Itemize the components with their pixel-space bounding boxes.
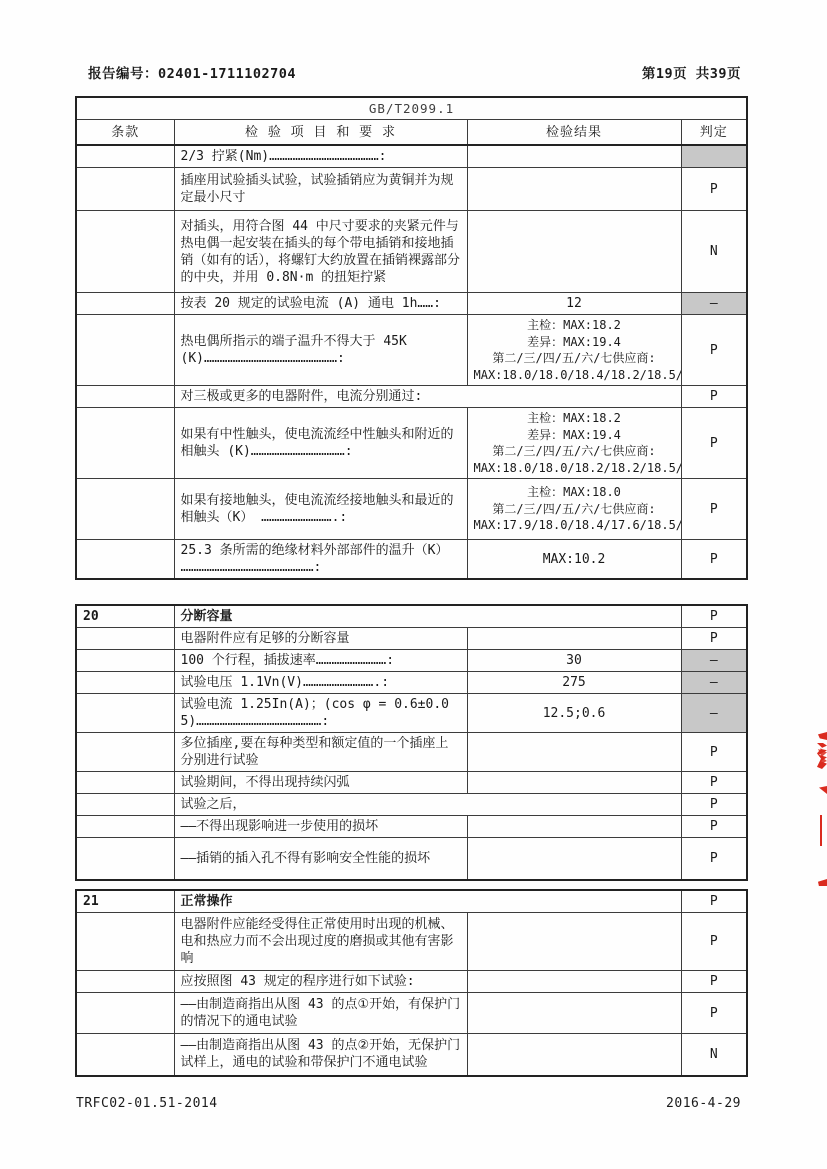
verdict-cell: P xyxy=(681,605,747,628)
verdict-cell: P xyxy=(681,540,747,580)
clause-cell xyxy=(76,628,174,650)
table-row: 25.3 条所需的绝缘材料外部部件的温升（K） …………………………………………… xyxy=(76,540,747,580)
item-cell: 试验之后， xyxy=(174,794,681,816)
item-cell: ——不得出现影响进一步使用的损坏 xyxy=(174,816,467,838)
clause-cell xyxy=(76,408,174,479)
table-row: 电器附件应有足够的分断容量P xyxy=(76,628,747,650)
result-cell: 主检：MAX:18.2差异：MAX:19.4第二/三/四/五/六/七供应商:MA… xyxy=(467,408,681,479)
result-cell xyxy=(467,1034,681,1076)
verdict-cell: P xyxy=(681,315,747,386)
item-cell: 对三极或更多的电器附件，电流分别通过: xyxy=(174,386,681,408)
page-header: 报告编号：02401-1711102704 第19页 共39页 xyxy=(88,62,741,82)
result-cell: MAX:10.2 xyxy=(467,540,681,580)
table-row: 按表 20 规定的试验电流 (A) 通电 1h……:12— xyxy=(76,293,747,315)
result-line: MAX:17.9/18.0/18.4/17.6/18.5/17.4 xyxy=(474,517,675,534)
table-row: 电器附件应能经受得住正常使用时出现的机械、电和热应力而不会出现过度的磨损或其他有… xyxy=(76,913,747,971)
item-cell: 2/3 拧紧(Nm)……………………………………: xyxy=(174,145,467,168)
item-cell: 热电偶所指示的端子温升不得大于 45K(K)……………………………………………: xyxy=(174,315,467,386)
clause-cell xyxy=(76,386,174,408)
item-cell: 25.3 条所需的绝缘材料外部部件的温升（K） …………………………………………… xyxy=(174,540,467,580)
clause-cell xyxy=(76,650,174,672)
table-row: ——不得出现影响进一步使用的损坏P xyxy=(76,816,747,838)
red-stamp-fragment xyxy=(819,786,827,794)
clause-cell: 20 xyxy=(76,605,174,628)
item-cell: 应按照图 43 规定的程序进行如下试验: xyxy=(174,971,467,993)
result-cell xyxy=(467,145,681,168)
item-cell: 多位插座,要在每种类型和额定值的一个插座上分别进行试验 xyxy=(174,733,467,772)
report-number: 报告编号：02401-1711102704 xyxy=(88,62,296,82)
clause-cell xyxy=(76,838,174,880)
result-line: 第二/三/四/五/六/七供应商: xyxy=(474,350,675,367)
table-row: 2/3 拧紧(Nm)……………………………………: xyxy=(76,145,747,168)
result-cell: 30 xyxy=(467,650,681,672)
result-line: 差异：MAX:19.4 xyxy=(474,427,675,444)
item-cell: 试验电流 1.25In(A)；(cos φ = 0.6±0.05)…………………… xyxy=(174,694,467,733)
result-line: 第二/三/四/五/六/七供应商: xyxy=(474,501,675,518)
verdict-cell: P xyxy=(681,794,747,816)
clause-cell xyxy=(76,211,174,293)
result-cell xyxy=(467,733,681,772)
clause-cell xyxy=(76,540,174,580)
clause-cell xyxy=(76,993,174,1034)
result-cell: 12 xyxy=(467,293,681,315)
report-table: GB/T2099.1条款检 验 项 目 和 要 求检验结果判定2/3 拧紧(Nm… xyxy=(75,96,748,580)
result-cell xyxy=(467,971,681,993)
verdict-cell: — xyxy=(681,293,747,315)
verdict-cell: P xyxy=(681,993,747,1034)
page-number: 第19页 共39页 xyxy=(642,62,741,82)
result-line: 第二/三/四/五/六/七供应商: xyxy=(474,443,675,460)
item-cell: ——由制造商指出从图 43 的点②开始，无保护门试样上，通电的试验和带保护门不通… xyxy=(174,1034,467,1076)
result-cell xyxy=(467,772,681,794)
clause-cell xyxy=(76,168,174,211)
result-cell xyxy=(467,168,681,211)
verdict-cell: P xyxy=(681,479,747,540)
item-cell: 对插头，用符合图 44 中尺寸要求的夹紧元件与热电偶一起安装在插头的每个带电插销… xyxy=(174,211,467,293)
clause-cell xyxy=(76,694,174,733)
verdict-cell: N xyxy=(681,1034,747,1076)
clause-cell: 21 xyxy=(76,890,174,913)
item-cell: ——由制造商指出从图 43 的点①开始，有保护门的情况下的通电试验 xyxy=(174,993,467,1034)
verdict-cell: P xyxy=(681,733,747,772)
clause-cell xyxy=(76,145,174,168)
table-row: 多位插座,要在每种类型和额定值的一个插座上分别进行试验P xyxy=(76,733,747,772)
verdict-cell xyxy=(681,145,747,168)
verdict-cell: P xyxy=(681,890,747,913)
item-cell: 电器附件应能经受得住正常使用时出现的机械、电和热应力而不会出现过度的磨损或其他有… xyxy=(174,913,467,971)
table-row: 试验电压 1.1Vn(V)……………………….:275— xyxy=(76,672,747,694)
clause-cell xyxy=(76,733,174,772)
table-row: 21正常操作P xyxy=(76,890,747,913)
table-row: ——插销的插入孔不得有影响安全性能的损坏P xyxy=(76,838,747,880)
table-row: 试验之后，P xyxy=(76,794,747,816)
table-row: 20分断容量P xyxy=(76,605,747,628)
table-row: 试验期间，不得出现持续闪弧P xyxy=(76,772,747,794)
table-row: 插座用试验插头试验，试验插销应为黄铜并为规定最小尺寸P xyxy=(76,168,747,211)
clause-cell xyxy=(76,672,174,694)
red-stamp-fragment xyxy=(820,815,822,846)
table-header-row: 条款检 验 项 目 和 要 求检验结果判定 xyxy=(76,120,747,146)
table-row: 热电偶所指示的端子温升不得大于 45K(K)……………………………………………:… xyxy=(76,315,747,386)
table-row: 对插头，用符合图 44 中尺寸要求的夹紧元件与热电偶一起安装在插头的每个带电插销… xyxy=(76,211,747,293)
result-line: 差异：MAX:19.4 xyxy=(474,334,675,351)
footer-form-code: TRFC02-01.51-2014 xyxy=(76,1096,218,1111)
table-caption-row: GB/T2099.1 xyxy=(76,97,747,120)
verdict-header: 判定 xyxy=(681,120,747,146)
item-header: 检 验 项 目 和 要 求 xyxy=(174,120,467,146)
table-row: ——由制造商指出从图 43 的点②开始，无保护门试样上，通电的试验和带保护门不通… xyxy=(76,1034,747,1076)
table-row: 应按照图 43 规定的程序进行如下试验:P xyxy=(76,971,747,993)
item-cell: 试验期间，不得出现持续闪弧 xyxy=(174,772,467,794)
result-header: 检验结果 xyxy=(467,120,681,146)
verdict-cell: — xyxy=(681,694,747,733)
clause-cell xyxy=(76,794,174,816)
item-cell: 电器附件应有足够的分断容量 xyxy=(174,628,467,650)
item-cell: 如果有接地触头，使电流流经接地触头和最近的相触头（K） ……………………….: xyxy=(174,479,467,540)
verdict-cell: P xyxy=(681,971,747,993)
result-cell xyxy=(467,913,681,971)
report-table: 21正常操作P电器附件应能经受得住正常使用时出现的机械、电和热应力而不会出现过度… xyxy=(75,889,748,1077)
test-table-main: GB/T2099.1条款检 验 项 目 和 要 求检验结果判定2/3 拧紧(Nm… xyxy=(75,96,746,580)
table-row: ——由制造商指出从图 43 的点①开始，有保护门的情况下的通电试验P xyxy=(76,993,747,1034)
report-table: 20分断容量P电器附件应有足够的分断容量P100 个行程，插拔速率…………………… xyxy=(75,604,748,881)
item-cell: 100 个行程，插拔速率………………………: xyxy=(174,650,467,672)
result-cell: 275 xyxy=(467,672,681,694)
verdict-cell: N xyxy=(681,211,747,293)
result-line: 主检：MAX:18.2 xyxy=(474,410,675,427)
standard-title: GB/T2099.1 xyxy=(76,97,747,120)
red-stamp-fragment xyxy=(818,879,827,886)
clause-cell xyxy=(76,479,174,540)
clause-header: 条款 xyxy=(76,120,174,146)
table-row: 如果有接地触头，使电流流经接地触头和最近的相触头（K） ……………………….:主… xyxy=(76,479,747,540)
page-footer: TRFC02-01.51-2014 2016-4-29 xyxy=(76,1096,741,1111)
footer-date: 2016-4-29 xyxy=(666,1096,741,1111)
table-row: 100 个行程，插拔速率………………………:30— xyxy=(76,650,747,672)
verdict-cell: P xyxy=(681,628,747,650)
result-cell xyxy=(467,816,681,838)
verdict-cell: P xyxy=(681,408,747,479)
result-line: MAX:18.0/18.0/18.4/18.2/18.5/18.0 xyxy=(474,367,675,384)
result-line: 主检：MAX:18.0 xyxy=(474,484,675,501)
table-row: 如果有中性触头，使电流流经中性触头和附近的相触头 (K)………………………………… xyxy=(76,408,747,479)
verdict-cell: P xyxy=(681,913,747,971)
result-line: MAX:18.0/18.0/18.2/18.2/18.5/18.0 xyxy=(474,460,675,477)
result-cell: 主检：MAX:18.2差异：MAX:19.4第二/三/四/五/六/七供应商:MA… xyxy=(467,315,681,386)
item-cell: ——插销的插入孔不得有影响安全性能的损坏 xyxy=(174,838,467,880)
item-cell: 分断容量 xyxy=(174,605,681,628)
verdict-cell: — xyxy=(681,650,747,672)
result-cell: 主检：MAX:18.0第二/三/四/五/六/七供应商:MAX:17.9/18.0… xyxy=(467,479,681,540)
verdict-cell: P xyxy=(681,838,747,880)
result-line: 主检：MAX:18.2 xyxy=(474,317,675,334)
verdict-cell: P xyxy=(681,816,747,838)
table-row: 对三极或更多的电器附件，电流分别通过:P xyxy=(76,386,747,408)
report-page: 报告编号：02401-1711102704 第19页 共39页 GB/T2099… xyxy=(0,0,827,1169)
clause-cell xyxy=(76,772,174,794)
result-cell xyxy=(467,838,681,880)
table-row: 试验电流 1.25In(A)；(cos φ = 0.6±0.05)…………………… xyxy=(76,694,747,733)
clause-cell xyxy=(76,315,174,386)
item-cell: 按表 20 规定的试验电流 (A) 通电 1h……: xyxy=(174,293,467,315)
result-cell: 12.5;0.6 xyxy=(467,694,681,733)
verdict-cell: — xyxy=(681,672,747,694)
clause-cell xyxy=(76,913,174,971)
result-cell xyxy=(467,628,681,650)
item-cell: 正常操作 xyxy=(174,890,681,913)
test-table-clause-21: 21正常操作P电器附件应能经受得住正常使用时出现的机械、电和热应力而不会出现过度… xyxy=(75,889,746,1077)
result-cell xyxy=(467,993,681,1034)
verdict-cell: P xyxy=(681,386,747,408)
item-cell: 插座用试验插头试验，试验插销应为黄铜并为规定最小尺寸 xyxy=(174,168,467,211)
test-table-clause-20: 20分断容量P电器附件应有足够的分断容量P100 个行程，插拔速率…………………… xyxy=(75,604,746,881)
verdict-cell: P xyxy=(681,168,747,211)
clause-cell xyxy=(76,971,174,993)
clause-cell xyxy=(76,816,174,838)
result-cell xyxy=(467,211,681,293)
item-cell: 如果有中性触头，使电流流经中性触头和附近的相触头 (K)………………………………… xyxy=(174,408,467,479)
clause-cell xyxy=(76,293,174,315)
red-stamp-fragment xyxy=(818,732,827,740)
item-cell: 试验电压 1.1Vn(V)……………………….: xyxy=(174,672,467,694)
verdict-cell: P xyxy=(681,772,747,794)
clause-cell xyxy=(76,1034,174,1076)
